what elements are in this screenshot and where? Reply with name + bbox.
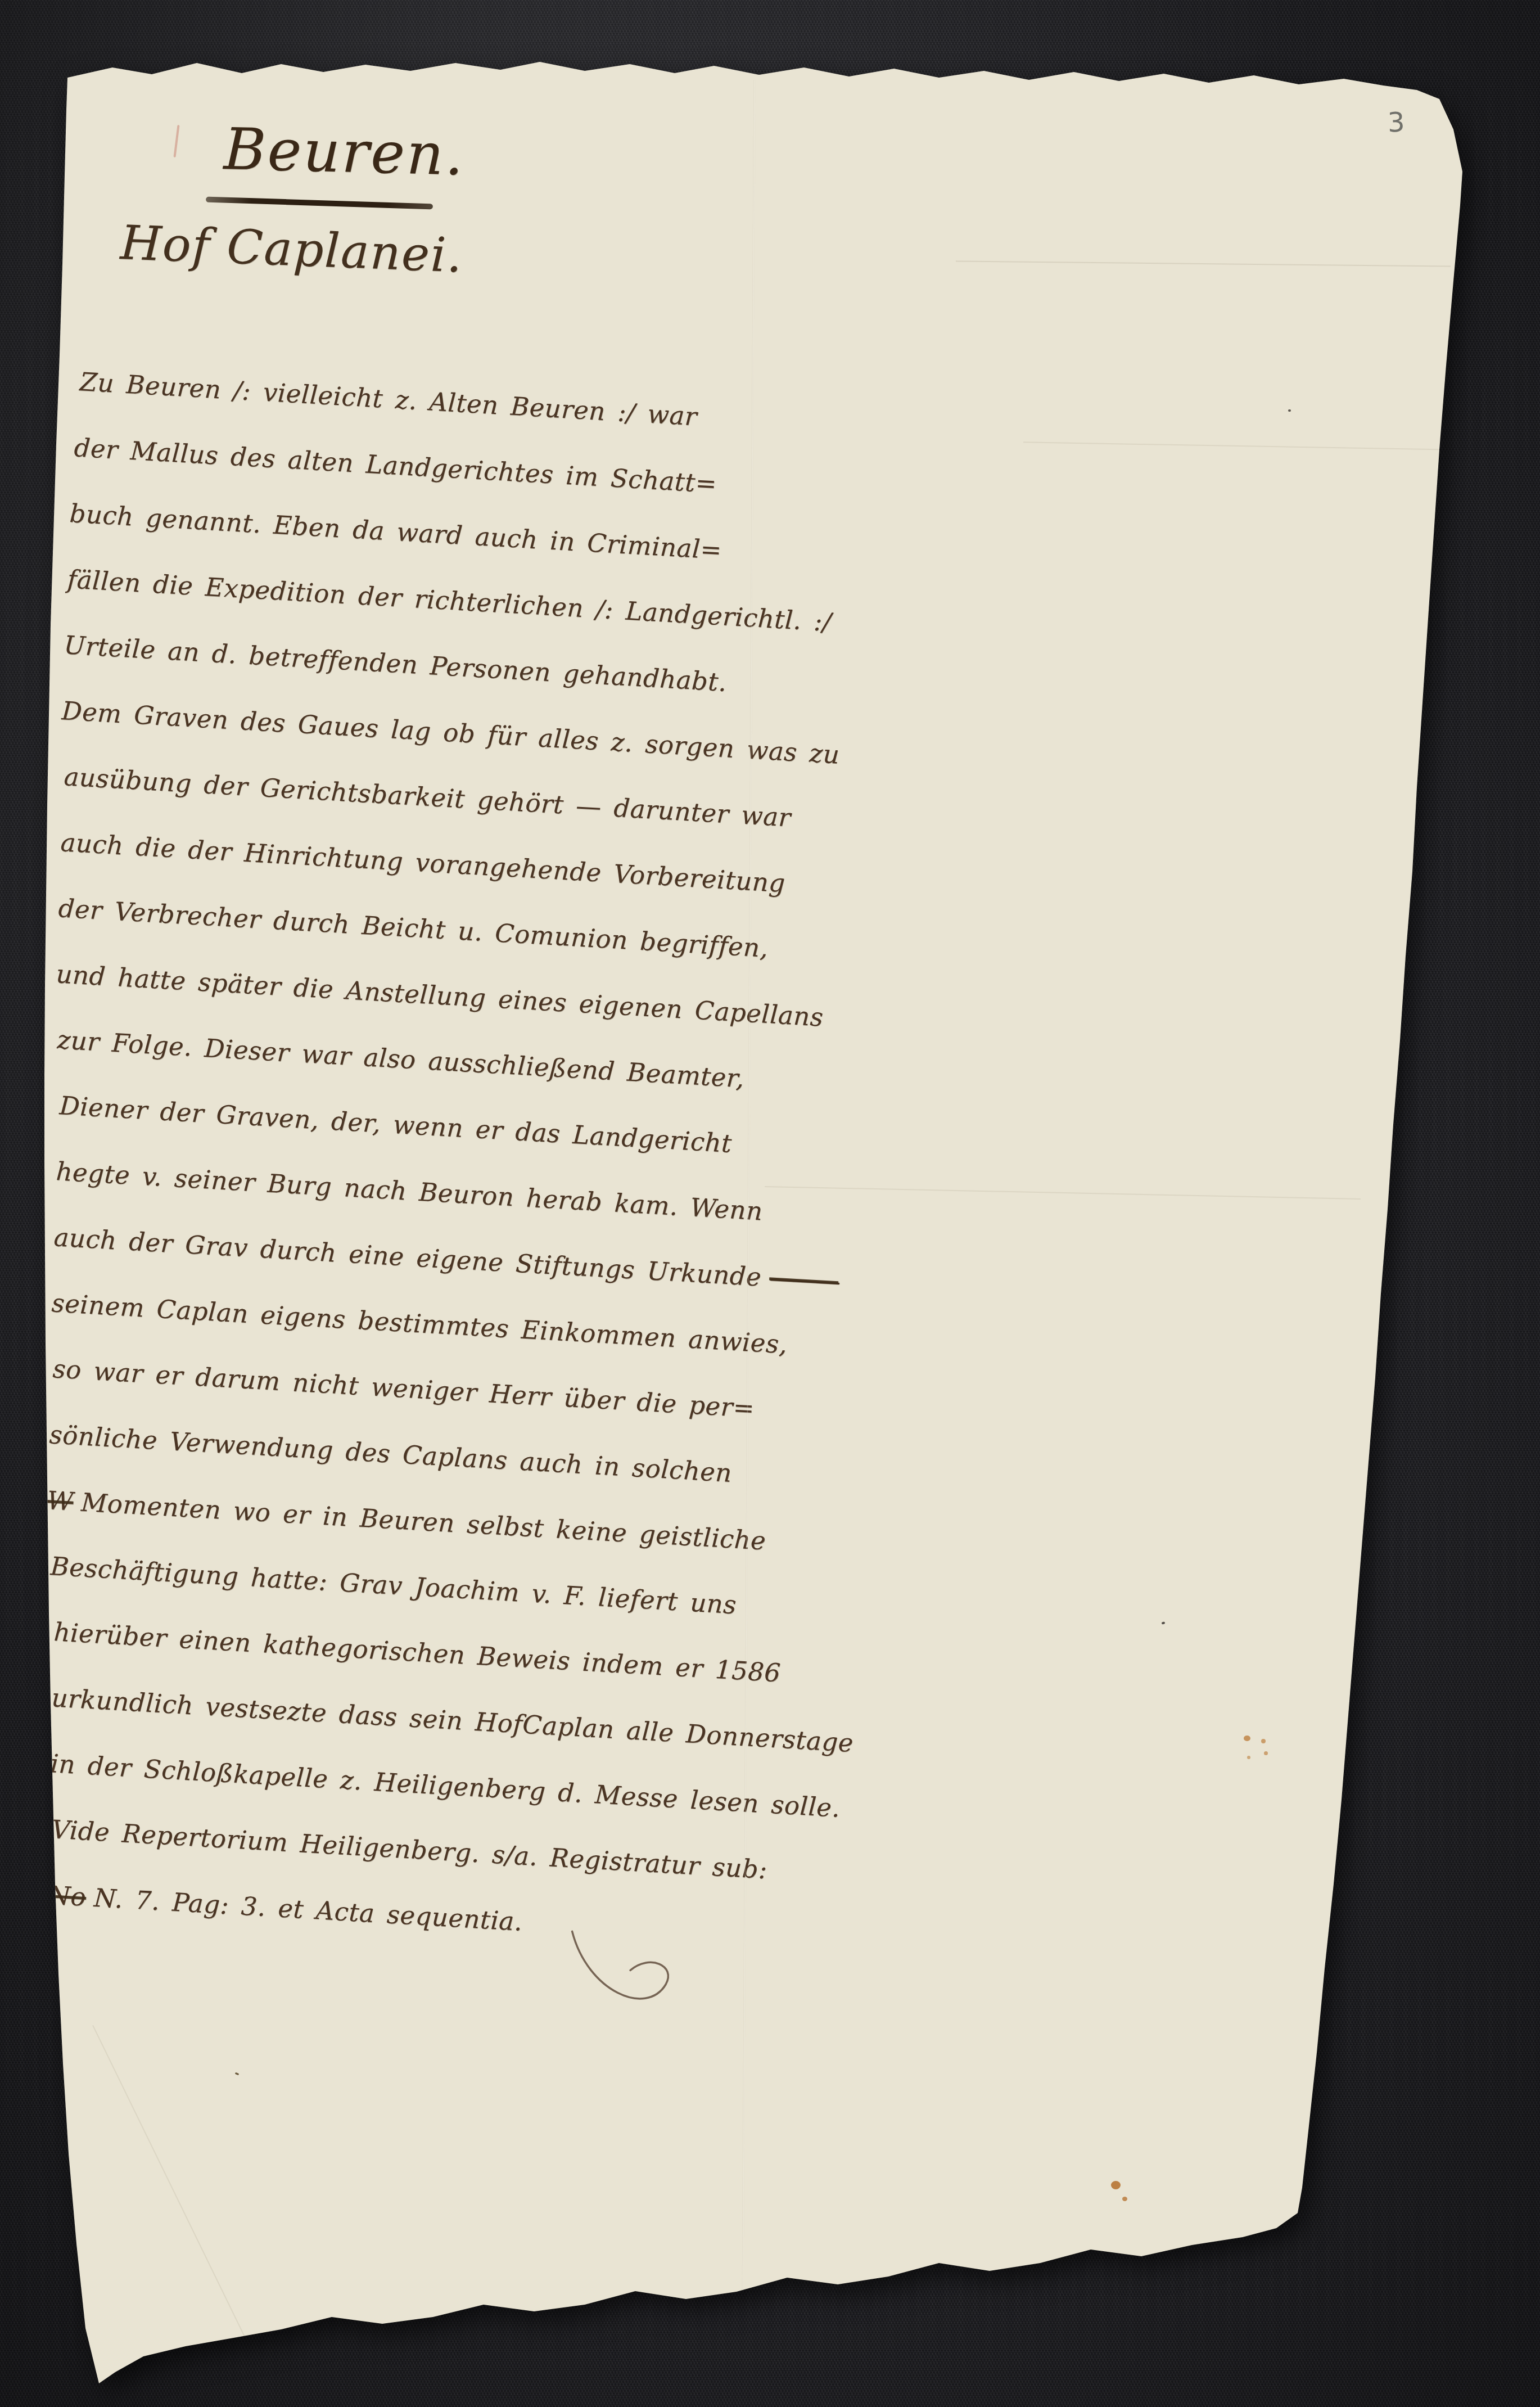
struck-out-text: W <box>46 1485 74 1517</box>
paper-speck <box>1288 409 1291 412</box>
page-number: 3 <box>1387 106 1405 138</box>
document-title: Beuren. <box>223 116 466 188</box>
paper-speck <box>1162 1622 1166 1625</box>
foxing-stain <box>1111 2181 1121 2189</box>
document-subtitle: Hof Caplanei. <box>119 215 464 283</box>
manuscript-page: 3 Beuren. Hof Caplanei. Zu Beuren /: vie… <box>0 0 1540 2407</box>
fold-crease-horizontal <box>1023 441 1451 450</box>
foxing-stain <box>1244 1736 1250 1741</box>
foxing-stain <box>1264 1751 1268 1755</box>
title-underline <box>206 197 433 210</box>
foxing-stain <box>1247 1756 1250 1759</box>
handwritten-text-block: Zu Beuren /: vielleicht z. Alten Beuren … <box>66 367 869 1946</box>
pen-flourish <box>551 1920 697 2028</box>
red-fiber-mark <box>173 125 179 157</box>
manuscript-scan: 3 Beuren. Hof Caplanei. Zu Beuren /: vie… <box>0 0 1540 2407</box>
paper-sheet: 3 Beuren. Hof Caplanei. Zu Beuren /: vie… <box>0 0 1540 2407</box>
line-text: Zu Beuren /: vielleicht z. Alten Beuren … <box>79 367 698 431</box>
fold-crease-horizontal <box>956 260 1451 267</box>
paper-speck <box>235 2072 240 2075</box>
struck-out-text: ——— <box>769 1263 839 1296</box>
struck-out-text: No <box>47 1880 87 1912</box>
fold-crease-diagonal <box>92 2025 246 2339</box>
foxing-stain <box>1122 2197 1127 2201</box>
foxing-stain <box>1261 1739 1266 1743</box>
